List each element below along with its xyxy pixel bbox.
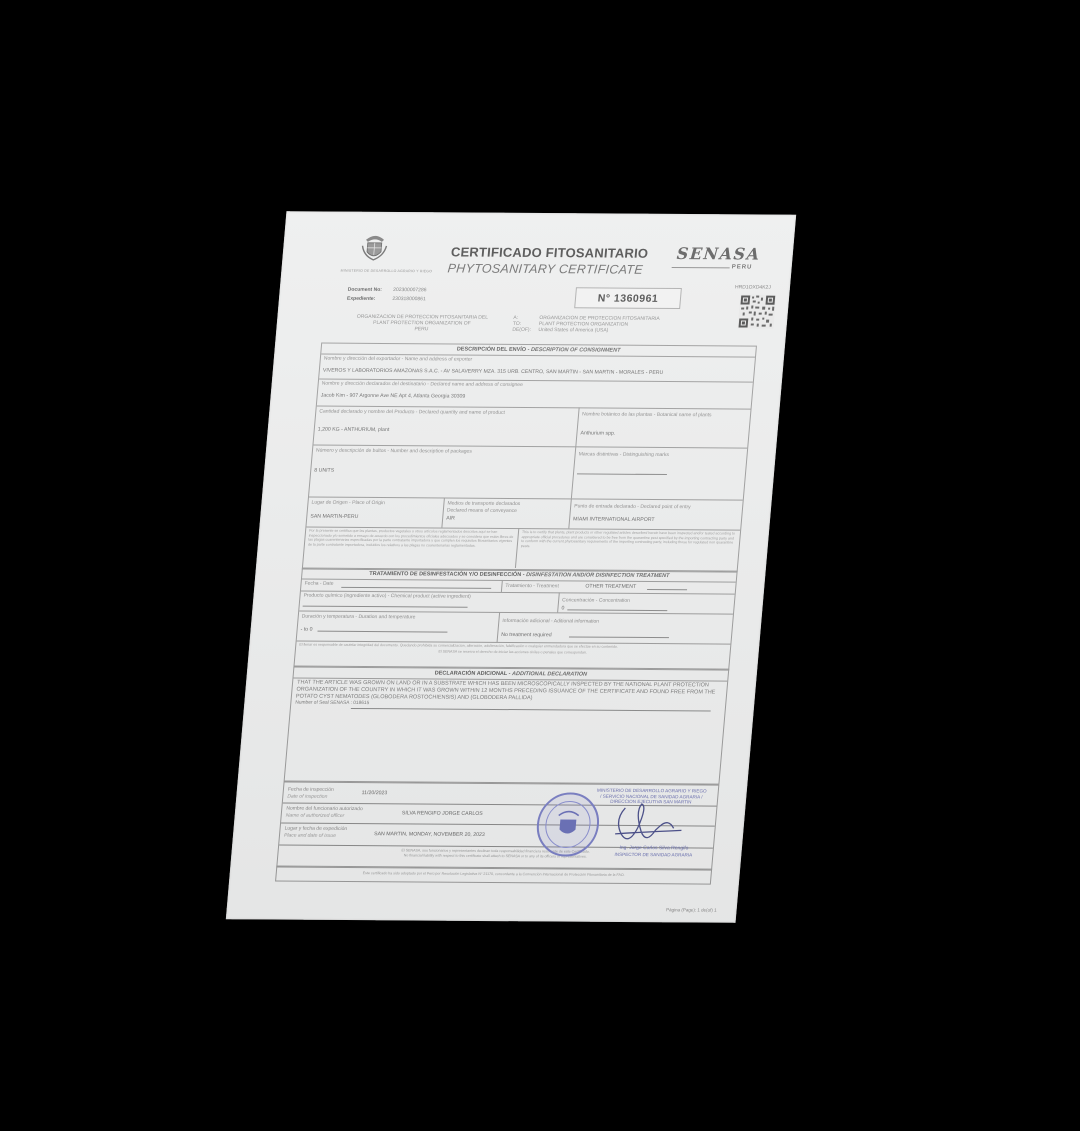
document-no-label: Document No: bbox=[347, 287, 391, 293]
additional-declaration-section: DECLARACIÓN ADICIONAL - ADDITIONAL DECLA… bbox=[284, 666, 730, 785]
title-english: PHYTOSANITARY CERTIFICATE bbox=[447, 261, 644, 276]
declaration-text: THAT THE ARTICLE WAS GROWN ON LAND OR IN… bbox=[296, 680, 722, 703]
expediente: 230318000861 bbox=[392, 296, 426, 302]
concentration-blank bbox=[567, 609, 667, 611]
heading-en: DISINFESTATION AND/OR DISINFECTION TREAT… bbox=[526, 572, 670, 579]
expediente-label: Expediente: bbox=[347, 296, 391, 302]
packages-value: 8 UNITS bbox=[314, 468, 334, 474]
column-divider bbox=[497, 612, 501, 642]
marks-label: Marcas distintivas - Distinguishing mark… bbox=[578, 451, 669, 458]
exporter-label: Nombre y dirección del exportador - Name… bbox=[324, 356, 473, 363]
inspection-date-label-es: Fecha de inspección bbox=[288, 787, 334, 793]
botanical-value: Anthurium spp. bbox=[580, 430, 615, 436]
column-divider bbox=[501, 580, 503, 592]
column-divider bbox=[568, 498, 572, 528]
date-blank bbox=[341, 587, 491, 589]
exporter-value: VIVEROS Y LABORATORIOS AMAZONAS S.A.C. -… bbox=[323, 368, 664, 376]
heading-es: DECLARACIÓN ADICIONAL - bbox=[434, 671, 512, 678]
document-no-row: Document No: 202300007286 bbox=[347, 287, 426, 294]
consignment-section: DESCRIPCIÓN DEL ENVÍO - DESCRIPTION OF C… bbox=[302, 343, 757, 573]
heading-es: TRATAMIENTO DE DESINFESTACIÓN Y/O DESINF… bbox=[369, 571, 526, 578]
title-spanish: CERTIFICADO FITOSANITARIO bbox=[450, 244, 649, 260]
marks-blank bbox=[577, 473, 667, 475]
botanical-label: Nombre botánico de las plantas - Botanic… bbox=[582, 411, 712, 418]
quantity-label: Cantidad declarado y nombre del Producto… bbox=[319, 409, 505, 416]
peru-coat-of-arms-icon bbox=[358, 234, 390, 262]
concentration-label: Concentración - Concentration bbox=[562, 597, 630, 603]
packages-label: Número y descripción de bultos - Number … bbox=[316, 448, 472, 455]
ministry-name: MINISTERIO DE DESARROLLO AGRARIO Y RIEGO bbox=[331, 269, 441, 274]
qr-code-icon bbox=[737, 294, 776, 328]
certificate-number: N° 1360961 bbox=[574, 287, 682, 309]
entry-label: Punto de entrada declarado - Declared po… bbox=[574, 503, 691, 510]
adoption-note-box: Este certificado ha sido adoptado por el… bbox=[275, 866, 712, 885]
senasa-logo-sub: PERU bbox=[731, 264, 752, 270]
additional-info-label: Información adicional - Aditional inform… bbox=[502, 618, 599, 625]
officer-label-en: Name of authorized officer bbox=[285, 813, 344, 819]
document-no: 202300007286 bbox=[393, 287, 427, 293]
certification-statement-en: This is to certify that plants, plant pr… bbox=[519, 530, 737, 568]
entry-value: MIAMI INTERNATIONAL AIRPORT bbox=[573, 516, 655, 523]
verification-code: HRD1OXD4K2J bbox=[735, 284, 771, 290]
stamp-officer-role: INSPECTOR DE SANIDAD AGRARIA bbox=[601, 852, 705, 858]
origin-value: SAN MARTIN-PERU bbox=[310, 514, 359, 520]
heading-es: DESCRIPCIÓN DEL ENVÍO - bbox=[457, 346, 532, 353]
heading-en: ADDITIONAL DECLARATION bbox=[512, 671, 587, 678]
consignee-label: Nombre y dirección declarados del destin… bbox=[321, 381, 523, 388]
conveyance-label-en: Declared means of conveyance bbox=[447, 508, 518, 514]
treatment-section: TRATAMIENTO DE DESINFESTACIÓN Y/O DESINF… bbox=[293, 568, 737, 671]
treatment-blank bbox=[647, 589, 687, 590]
expediente-row: Expediente: 230318000861 bbox=[347, 296, 426, 303]
label-en: Place and date of issue bbox=[284, 833, 336, 839]
officer-label-es: Nombre del funcionario autorizado bbox=[286, 806, 363, 813]
certification-statement-es: Por la presente se certifica que las pla… bbox=[306, 529, 515, 566]
chemical-blank bbox=[303, 606, 468, 608]
inspection-date-label-en: Date of inspection bbox=[287, 794, 328, 800]
place-label-es: Lugar y fecha de expedición bbox=[284, 826, 347, 832]
column-divider bbox=[441, 497, 445, 527]
destination-organization: A:ORGANIZACION DE PROTECCION FITOSANITAR… bbox=[512, 315, 713, 334]
conveyance-value: AIR bbox=[446, 516, 455, 522]
additional-info-blank bbox=[569, 636, 669, 638]
divider bbox=[302, 579, 736, 583]
phytosanitary-certificate: MINISTERIO DE DESARROLLO AGRARIO Y RIEGO… bbox=[226, 211, 796, 923]
origin-org-country: PERU bbox=[326, 326, 516, 333]
quantity-value: 1,200 KG - ANTHURIUM, plant bbox=[318, 427, 390, 433]
treatment-date-label: Fecha - Date bbox=[304, 581, 333, 587]
place-date-of-issue: SAN MARTIN, MONDAY, NOVEMBER 20, 2023 bbox=[374, 831, 485, 838]
additional-info-value: No treatment required bbox=[501, 632, 552, 638]
column-divider bbox=[557, 592, 560, 612]
logo-rule bbox=[672, 267, 730, 268]
conveyance-label-es: Medios de transporte declarados bbox=[447, 501, 520, 508]
treatment-type-label: Tratamiento - Treatment bbox=[505, 583, 559, 589]
label-en: Date of inspection bbox=[287, 794, 328, 800]
dest-country: United States of America (USA) bbox=[538, 327, 609, 333]
concentration-value: 0 bbox=[561, 605, 564, 611]
place-label-en: Place and date of issue bbox=[284, 833, 336, 839]
duration-blank bbox=[317, 631, 447, 633]
inspection-date: 11/20/2023 bbox=[361, 790, 387, 796]
page-number: Página (Page): 1 de(of) 1 bbox=[666, 907, 717, 912]
duration-label: Duración y temperatura - Duration and te… bbox=[301, 614, 415, 621]
heading-en: DESCRIPTION OF CONSIGNMENT bbox=[531, 347, 621, 354]
to-key: DE(OF): bbox=[512, 327, 538, 333]
officer-name: SILVA RENGIFO JORGE CARLOS bbox=[402, 810, 483, 817]
consignee-value: Jacob Kim - 907 Argonne Ave NE Apt 4, At… bbox=[320, 393, 465, 400]
duration-value: - to 0 bbox=[300, 627, 312, 633]
adoption-note: Este certificado ha sido adoptado por el… bbox=[277, 871, 711, 879]
label-en: Name of authorized officer bbox=[285, 813, 344, 819]
senasa-logo: SENASA bbox=[676, 244, 761, 264]
chemical-label: Producto químico (ingrediente activo) - … bbox=[303, 593, 471, 600]
origin-label: Lugar de Origen - Place of Origin bbox=[311, 500, 385, 507]
treatment-type-value: OTHER TREATMENT bbox=[585, 584, 636, 590]
origin-organization: ORGANIZACION DE PROTECCION FITOSANITARIA… bbox=[326, 314, 517, 333]
